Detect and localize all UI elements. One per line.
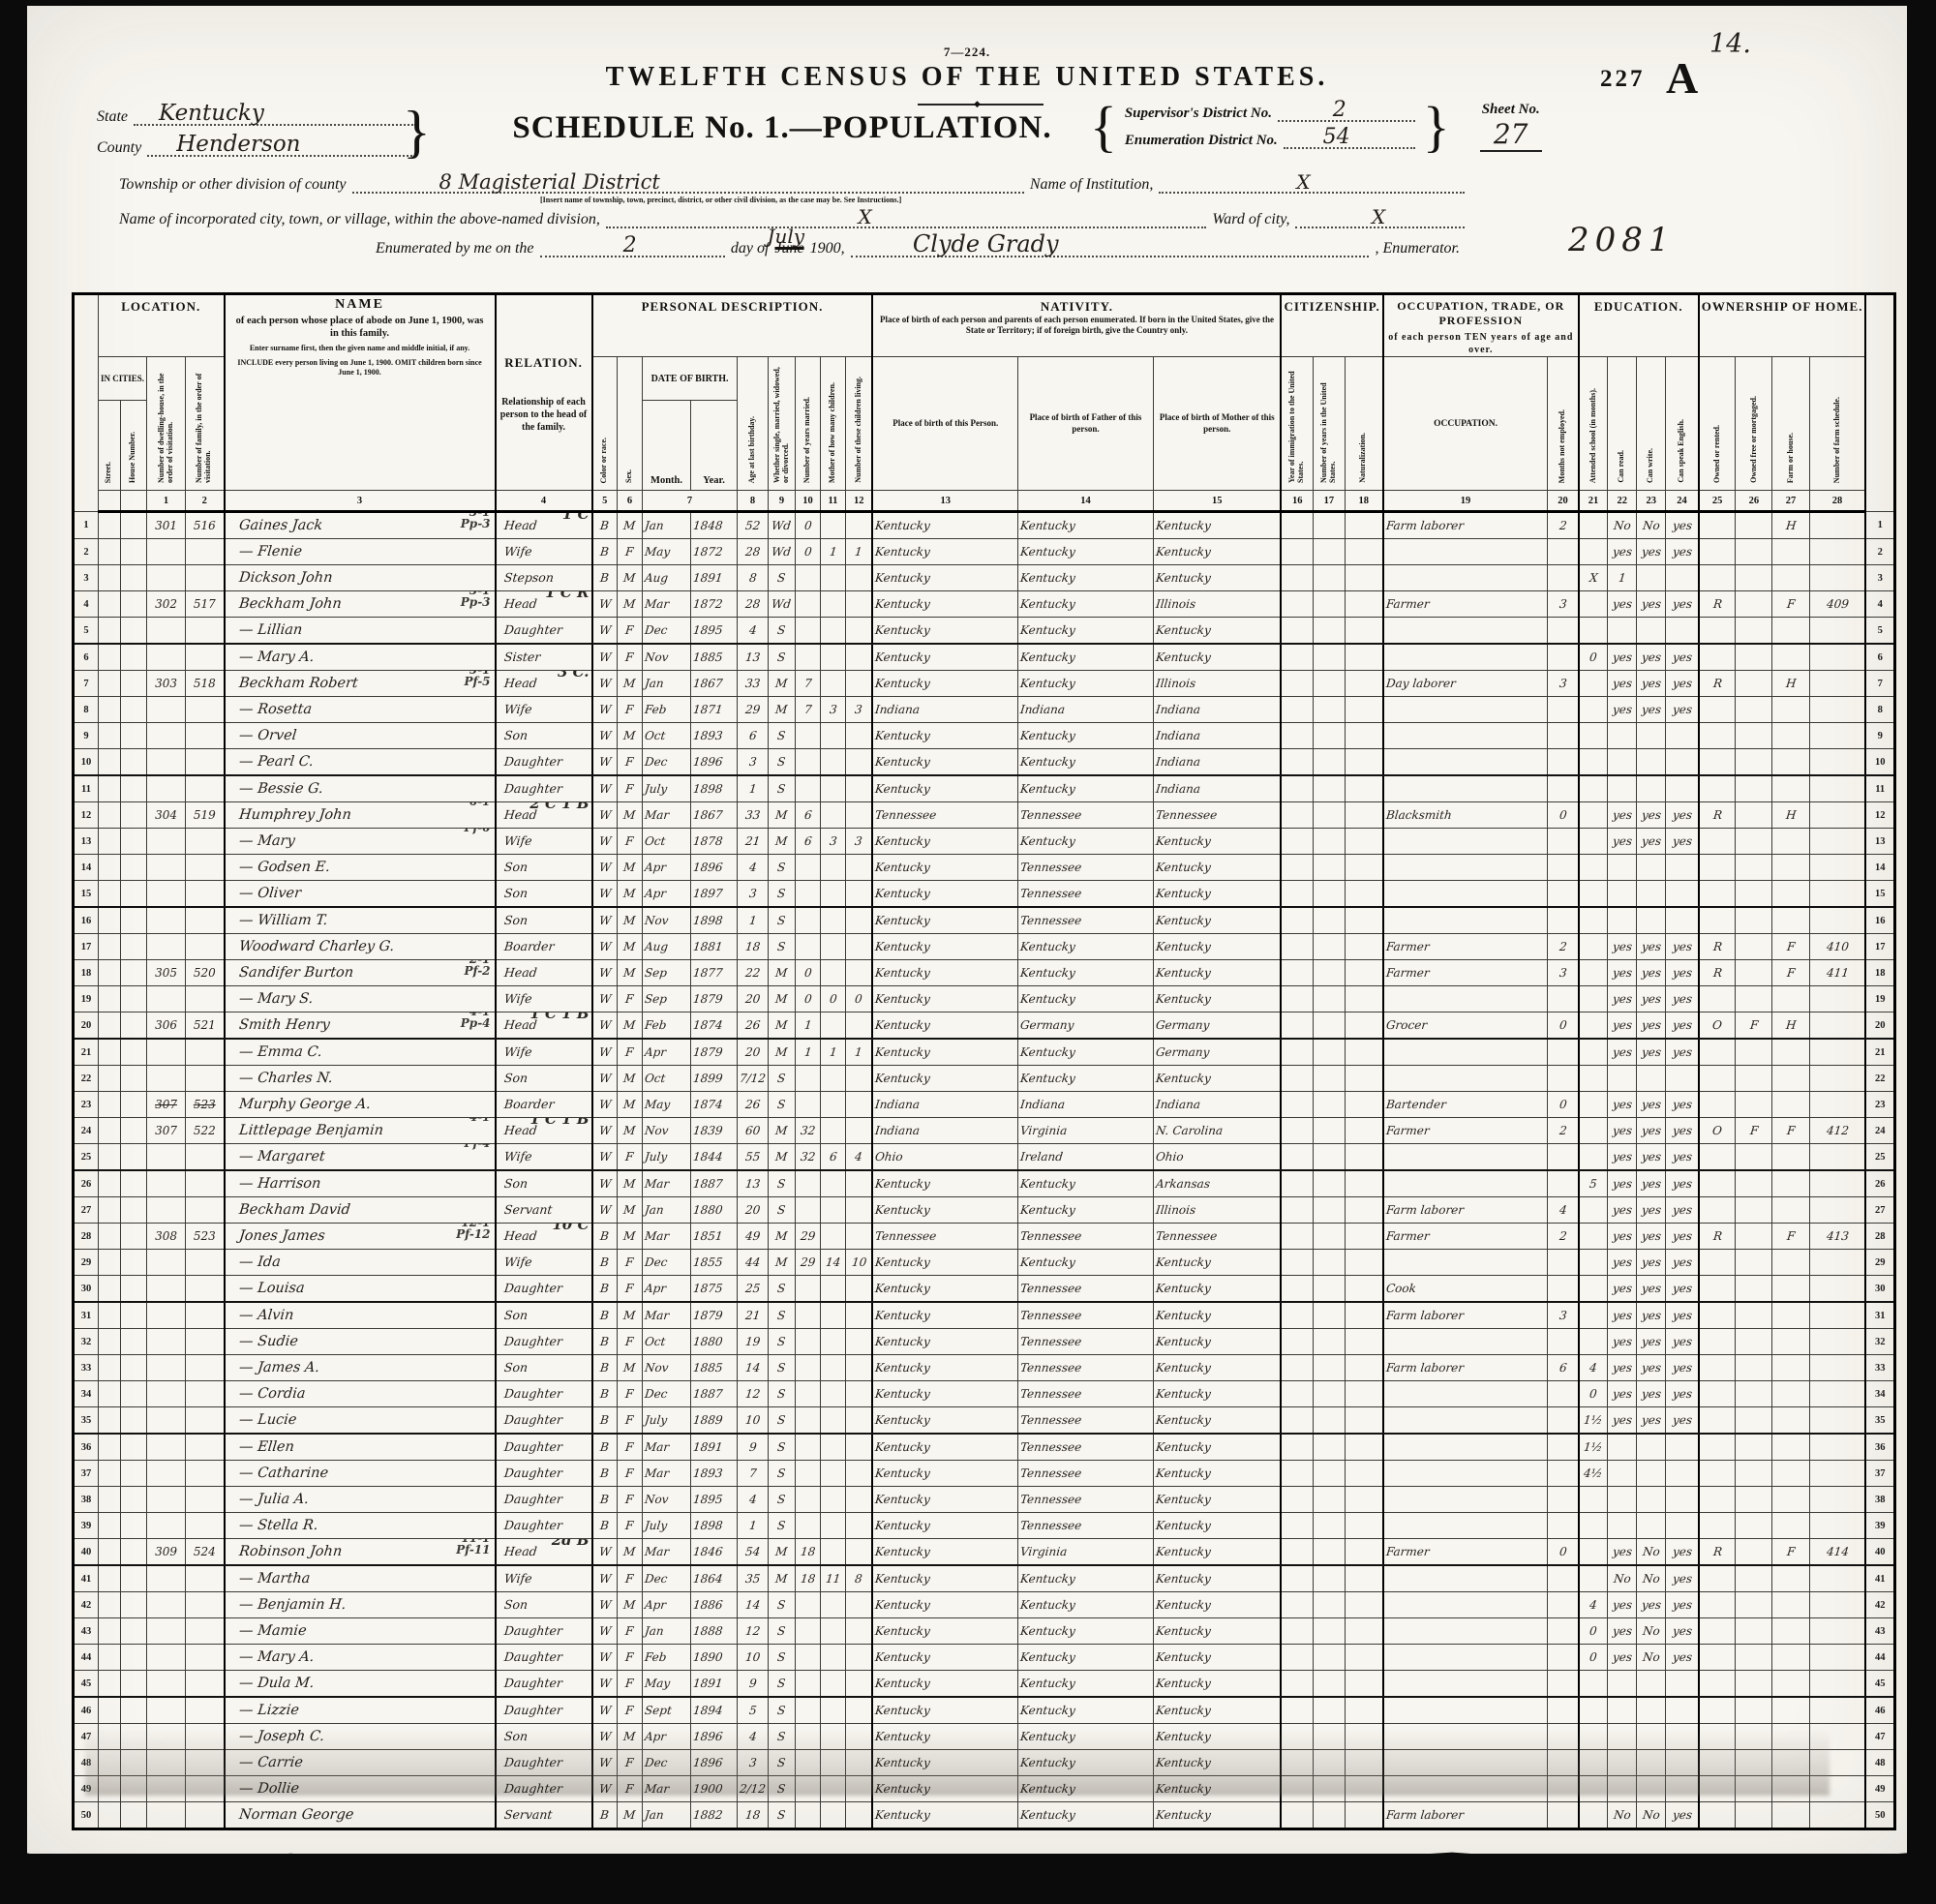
cell-naturalization [1345,960,1383,986]
row-number-left: 7 [74,671,99,697]
cell-years-married [795,1197,820,1224]
cell-house-number [120,1224,146,1250]
cell-attended-school: 4 [1579,1355,1608,1381]
cell-birthplace: Indiana [872,1092,1017,1118]
cell-marital: S [768,1276,795,1303]
cell-father-birthplace: Tennessee [1017,907,1153,934]
cell-birth-year: 1898 [691,1513,738,1539]
cell-street [99,1539,121,1566]
cell-age: 1 [738,1513,769,1539]
cell-marital: M [768,697,795,723]
cell-farm-house [1772,1276,1809,1303]
cell-family [186,1407,225,1435]
cell-family [186,618,225,645]
occupation-caption: of each person TEN years of age and over… [1386,332,1576,356]
cell-mother-birthplace: Kentucky [1153,1618,1281,1645]
cell-mother-of [820,855,845,881]
row-number-left: 28 [74,1224,99,1250]
cell-children-living [845,1092,872,1118]
cell-sex: F [618,1144,643,1171]
enumeration-label: Enumeration District No. [1125,133,1278,149]
cell-naturalization [1345,1461,1383,1487]
cell-sex: M [618,1302,643,1329]
cell-can-write: yes [1637,1250,1666,1276]
cell-can-write: yes [1637,1329,1666,1355]
cell-attended-school [1579,960,1608,986]
cell-months-not-employed: 3 [1548,1302,1579,1329]
cell-immigration [1281,723,1313,749]
cell-family: 519 [186,802,225,829]
cell-years-married [795,565,820,591]
row-number-right: 3 [1865,565,1894,591]
cell-father-birthplace: Tennessee [1017,1513,1153,1539]
cell-can-write [1637,1461,1666,1487]
cell-years-married [795,1802,820,1829]
cell-house-number [120,1066,146,1092]
cell-father-birthplace: Tennessee [1017,1407,1153,1435]
cell-children-living [845,1197,872,1224]
cell-owned-rented [1699,1407,1736,1435]
cell-birth-year: 1844 [691,1144,738,1171]
cell-children-living: 1 [845,539,872,565]
cell-marital: S [768,1092,795,1118]
cell-birth-month: Aug [643,565,691,591]
cell-name: — Dollie [225,1776,496,1802]
cell-speak-english: yes [1666,591,1699,618]
cell-family [186,1066,225,1092]
cell-sex: M [618,1802,643,1829]
english-header: Can speak English. [1666,357,1699,491]
cell-age: 33 [738,802,769,829]
cell-years-us [1313,907,1345,934]
cell-marital: M [768,1039,795,1066]
cell-children-living [845,1513,872,1539]
table-row: 33— James A.SonBMNov188514SKentuckyTenne… [74,1355,1895,1381]
cell-birthplace: Indiana [872,697,1017,723]
cell-name: — Flenie [225,539,496,565]
table-row: 8— RosettaWifeWFFeb187129M733IndianaIndi… [74,697,1895,723]
cell-farm-house [1772,986,1809,1012]
cell-color: W [592,960,618,986]
cell-naturalization [1345,1092,1383,1118]
colnum: 24 [1666,491,1699,512]
cell-can-write [1637,1066,1666,1092]
cell-mother-of [820,960,845,986]
cell-speak-english [1666,1066,1699,1092]
cell-dwelling [147,1407,186,1435]
cell-immigration [1281,1539,1313,1566]
row-number-right: 30 [1865,1276,1894,1303]
cell-owned-rented: R [1699,671,1736,697]
row-number-right: 29 [1865,1250,1894,1276]
cell-house-number [120,1381,146,1407]
cell-naturalization [1345,1539,1383,1566]
cell-age: 28 [738,591,769,618]
cell-house-number [120,723,146,749]
cell-name: — MargaretPf-4 [225,1144,496,1171]
cell-dwelling [147,907,186,934]
cell-attended-school [1579,671,1608,697]
cell-naturalization [1345,1197,1383,1224]
cell-can-read: yes [1608,829,1637,855]
cell-can-write: yes [1637,644,1666,671]
cell-relation: Daughter [496,1434,592,1461]
row-number-left: 6 [74,644,99,671]
cell-occupation [1383,775,1548,802]
table-row: 5— LillianDaughterWFDec18954SKentuckyKen… [74,618,1895,645]
table-row: 46— LizzieDaughterWFSept18945SKentuckyKe… [74,1697,1895,1724]
cell-years-married: 7 [795,697,820,723]
cell-owned-rented [1699,1513,1736,1539]
row-number-right: 4 [1865,591,1894,618]
census-table: LOCATION. NAME of each person whose plac… [72,292,1896,1830]
cell-can-read: yes [1608,1329,1637,1355]
cell-house-number [120,802,146,829]
cell-years-us [1313,881,1345,908]
cell-birthplace: Kentucky [872,1381,1017,1407]
cell-free-mortgaged [1736,986,1772,1012]
cell-sex: M [618,907,643,934]
cell-speak-english: yes [1666,1355,1699,1381]
cell-free-mortgaged [1736,775,1772,802]
cell-farm-house: H [1772,671,1809,697]
cell-age: 3 [738,881,769,908]
cell-mother-birthplace: Indiana [1153,749,1281,776]
cell-birthplace: Kentucky [872,960,1017,986]
cell-months-not-employed [1548,1645,1579,1671]
cell-sex: M [618,1118,643,1144]
cell-years-married [795,1645,820,1671]
cell-months-not-employed [1548,986,1579,1012]
cell-attended-school [1579,618,1608,645]
cell-sex: F [618,1697,643,1724]
cell-father-birthplace: Kentucky [1017,1565,1153,1592]
colnum: 10 [795,491,820,512]
cell-speak-english [1666,907,1699,934]
cell-birth-month: Dec [643,1381,691,1407]
cell-can-write: No [1637,1565,1666,1592]
cell-attended-school [1579,512,1608,539]
row-number-left: 15 [74,881,99,908]
cell-owned-rented [1699,749,1736,776]
cell-sex: F [618,1513,643,1539]
cell-house-number [120,1012,146,1040]
cell-months-not-employed [1548,1697,1579,1724]
cell-mother-birthplace: Indiana [1153,697,1281,723]
table-row: 15— OliverSonWMApr18973SKentuckyTennesse… [74,881,1895,908]
name-note1: Enter surname first, then the given name… [227,342,493,355]
cell-immigration [1281,829,1313,855]
cell-years-married [795,1381,820,1407]
cell-years-married [795,1355,820,1381]
cell-mother-of [820,1645,845,1671]
cell-color: B [592,1802,618,1829]
table-row: 12304519Humphrey John6-1Head2 C 1 BWMMar… [74,802,1895,829]
cell-can-read [1608,1434,1637,1461]
cell-mother-of [820,775,845,802]
cell-can-read [1608,723,1637,749]
cell-years-us [1313,960,1345,986]
cell-months-not-employed [1548,644,1579,671]
cell-marital: S [768,1407,795,1435]
cell-speak-english [1666,749,1699,776]
cell-relation: Wife [496,697,592,723]
cell-name: Gaines Jack3-1Pp-3 [225,512,496,539]
cell-name: — Stella R. [225,1513,496,1539]
cell-naturalization [1345,591,1383,618]
cell-father-birthplace: Virginia [1017,1118,1153,1144]
township-line: Township or other division of county 8 M… [119,176,1465,194]
cell-months-not-employed [1548,1407,1579,1435]
cell-occupation [1383,723,1548,749]
cell-owned-rented [1699,1618,1736,1645]
cell-marital: M [768,1012,795,1040]
cell-color: B [592,1250,618,1276]
cell-attended-school [1579,1039,1608,1066]
cell-street [99,1618,121,1645]
age-header: Age at last birthday. [738,357,769,491]
cell-speak-english: yes [1666,986,1699,1012]
cell-can-write [1637,775,1666,802]
cell-birth-month: Jan [643,512,691,539]
cell-color: W [592,1092,618,1118]
row-number-right: 38 [1865,1487,1894,1513]
cell-name: — Orvel [225,723,496,749]
row-number-right: 6 [1865,644,1894,671]
cell-color: W [592,1197,618,1224]
cell-age: 26 [738,1092,769,1118]
cell-color: W [592,1645,618,1671]
table-row: 42— Benjamin H.SonWMApr188614SKentuckyKe… [74,1592,1895,1618]
cell-birth-month: Apr [643,855,691,881]
cell-mother-of [820,1539,845,1566]
cell-dwelling: 304 [147,802,186,829]
row-number-right: 25 [1865,1144,1894,1171]
cell-family [186,749,225,776]
row-number-right: 8 [1865,697,1894,723]
cell-color: W [592,1039,618,1066]
cell-years-married: 1 [795,1012,820,1040]
cell-years-us [1313,1170,1345,1197]
table-row: 38— Julia A.DaughterBFNov18954SKentuckyT… [74,1487,1895,1513]
row-number-right: 44 [1865,1645,1894,1671]
cell-street [99,1092,121,1118]
cell-speak-english [1666,855,1699,881]
cell-relation: Daughter [496,1618,592,1645]
cell-mother-birthplace: N. Carolina [1153,1118,1281,1144]
cell-mother-birthplace: Kentucky [1153,1381,1281,1407]
colnum: 7 [643,491,738,512]
cell-farm-house: F [1772,934,1809,960]
cell-speak-english: yes [1666,1170,1699,1197]
cell-age: 49 [738,1224,769,1250]
cell-birth-year: 1893 [691,1461,738,1487]
cell-color: W [592,591,618,618]
cell-owned-rented [1699,1039,1736,1066]
cell-marital: M [768,1565,795,1592]
cell-birth-year: 1899 [691,1066,738,1092]
cell-mother-of [820,1697,845,1724]
cell-farm-house [1772,565,1809,591]
cell-street [99,1434,121,1461]
schedule-header: Number of farm schedule. [1809,357,1865,491]
cell-relation: Servant [496,1802,592,1829]
cell-owned-rented: R [1699,591,1736,618]
cell-color: W [592,1144,618,1171]
cell-months-not-employed [1548,1434,1579,1461]
cell-family [186,986,225,1012]
row-number-right: 22 [1865,1066,1894,1092]
row-number-right: 45 [1865,1671,1894,1698]
cell-owned-rented: R [1699,1539,1736,1566]
cell-free-mortgaged [1736,1592,1772,1618]
cell-months-not-employed: 3 [1548,960,1579,986]
cell-birthplace: Kentucky [872,1565,1017,1592]
cell-street [99,1407,121,1435]
cell-father-birthplace: Indiana [1017,1092,1153,1118]
cell-years-us [1313,618,1345,645]
cell-can-write: yes [1637,1197,1666,1224]
cell-color: W [592,749,618,776]
cell-immigration [1281,934,1313,960]
cell-occupation: Blacksmith [1383,802,1548,829]
cell-birth-year: 1867 [691,671,738,697]
cell-birthplace: Kentucky [872,1302,1017,1329]
row-number-left: 42 [74,1592,99,1618]
cell-speak-english: yes [1666,1539,1699,1566]
cell-marital: S [768,1697,795,1724]
cell-farm-house [1772,1381,1809,1407]
row-number-left: 10 [74,749,99,776]
cell-immigration [1281,986,1313,1012]
cell-father-birthplace: Kentucky [1017,1066,1153,1092]
cell-can-write [1637,1671,1666,1698]
cell-attended-school [1579,1144,1608,1171]
cell-color: B [592,1461,618,1487]
cell-occupation: Grocer [1383,1012,1548,1040]
cell-age: 33 [738,671,769,697]
cell-occupation: Farmer [1383,960,1548,986]
cell-age: 1 [738,775,769,802]
cell-house-number [120,775,146,802]
cell-months-not-employed [1548,775,1579,802]
cell-farm-schedule [1809,1012,1865,1040]
cell-name: — Lillian [225,618,496,645]
cell-farm-house: F [1772,960,1809,986]
cell-naturalization [1345,881,1383,908]
cell-mother-birthplace: Kentucky [1153,565,1281,591]
table-row: 18305520Sandifer Burton2-1Pf-2HeadWMSep1… [74,960,1895,986]
cell-can-read: yes [1608,986,1637,1012]
cell-name: — Louisa [225,1276,496,1303]
cell-birth-year: 1893 [691,723,738,749]
cell-mother-birthplace: Kentucky [1153,1407,1281,1435]
cell-dwelling [147,1039,186,1066]
cell-months-not-employed [1548,1802,1579,1829]
cell-can-read [1608,1513,1637,1539]
cell-birth-month: Oct [643,1329,691,1355]
cell-attended-school [1579,1197,1608,1224]
cell-months-not-employed [1548,1144,1579,1171]
cell-father-birthplace: Kentucky [1017,644,1153,671]
cell-mother-birthplace: Indiana [1153,775,1281,802]
cell-house-number [120,1802,146,1829]
cell-street [99,723,121,749]
cell-free-mortgaged [1736,881,1772,908]
cell-farm-schedule [1809,1381,1865,1407]
cell-children-living [845,1066,872,1092]
cell-family [186,1039,225,1066]
cell-house-number [120,1092,146,1118]
cell-dwelling [147,1697,186,1724]
cell-birth-year: 1879 [691,1039,738,1066]
cell-street [99,855,121,881]
cell-age: 29 [738,697,769,723]
cell-years-us [1313,1565,1345,1592]
cell-house-number [120,1407,146,1435]
cell-dwelling [147,775,186,802]
cell-mother-of [820,1302,845,1329]
marital-header: Whether single, married, widowed, or div… [768,357,795,491]
city-label: Name of incorporated city, town, or vill… [119,211,600,228]
cell-farm-schedule [1809,1092,1865,1118]
cell-can-read [1608,749,1637,776]
cell-house-number [120,539,146,565]
cell-children-living [845,1170,872,1197]
cell-farm-house: H [1772,512,1809,539]
cell-birth-month: Nov [643,1487,691,1513]
cell-house-number [120,1276,146,1303]
cell-dwelling [147,1144,186,1171]
naturalization-header: Naturalization. [1345,357,1383,491]
cell-occupation: Farm laborer [1383,1302,1548,1329]
cell-years-us [1313,1329,1345,1355]
cell-naturalization [1345,697,1383,723]
row-number-right: 36 [1865,1434,1894,1461]
cell-marital: S [768,1461,795,1487]
cell-sex: F [618,539,643,565]
cell-farm-house [1772,1697,1809,1724]
cell-street [99,1170,121,1197]
cell-family: 524 [186,1539,225,1566]
cell-house-number [120,1592,146,1618]
cell-birth-year: 1896 [691,749,738,776]
township-value: 8 Magisterial District [439,170,660,194]
cell-marital: M [768,986,795,1012]
cell-birth-year: 1872 [691,591,738,618]
cell-dwelling [147,1381,186,1407]
cell-family: 518 [186,671,225,697]
cell-family [186,723,225,749]
cell-relation: Daughter [496,1276,592,1303]
supervisor-line: 2 [1278,105,1415,122]
cell-free-mortgaged [1736,1565,1772,1592]
cell-house-number [120,749,146,776]
cell-sex: M [618,881,643,908]
state-label: State [97,108,128,126]
cell-occupation [1383,829,1548,855]
cell-birth-year: 1889 [691,1407,738,1435]
colnum: 2 [186,491,225,512]
cell-name: — Joseph C. [225,1724,496,1750]
cell-color: W [592,1118,618,1144]
cell-mother-birthplace: Tennessee [1153,1224,1281,1250]
cell-street [99,591,121,618]
cell-age: 1 [738,907,769,934]
cell-mother-of [820,565,845,591]
cell-speak-english [1666,1461,1699,1487]
cell-attended-school [1579,1224,1608,1250]
